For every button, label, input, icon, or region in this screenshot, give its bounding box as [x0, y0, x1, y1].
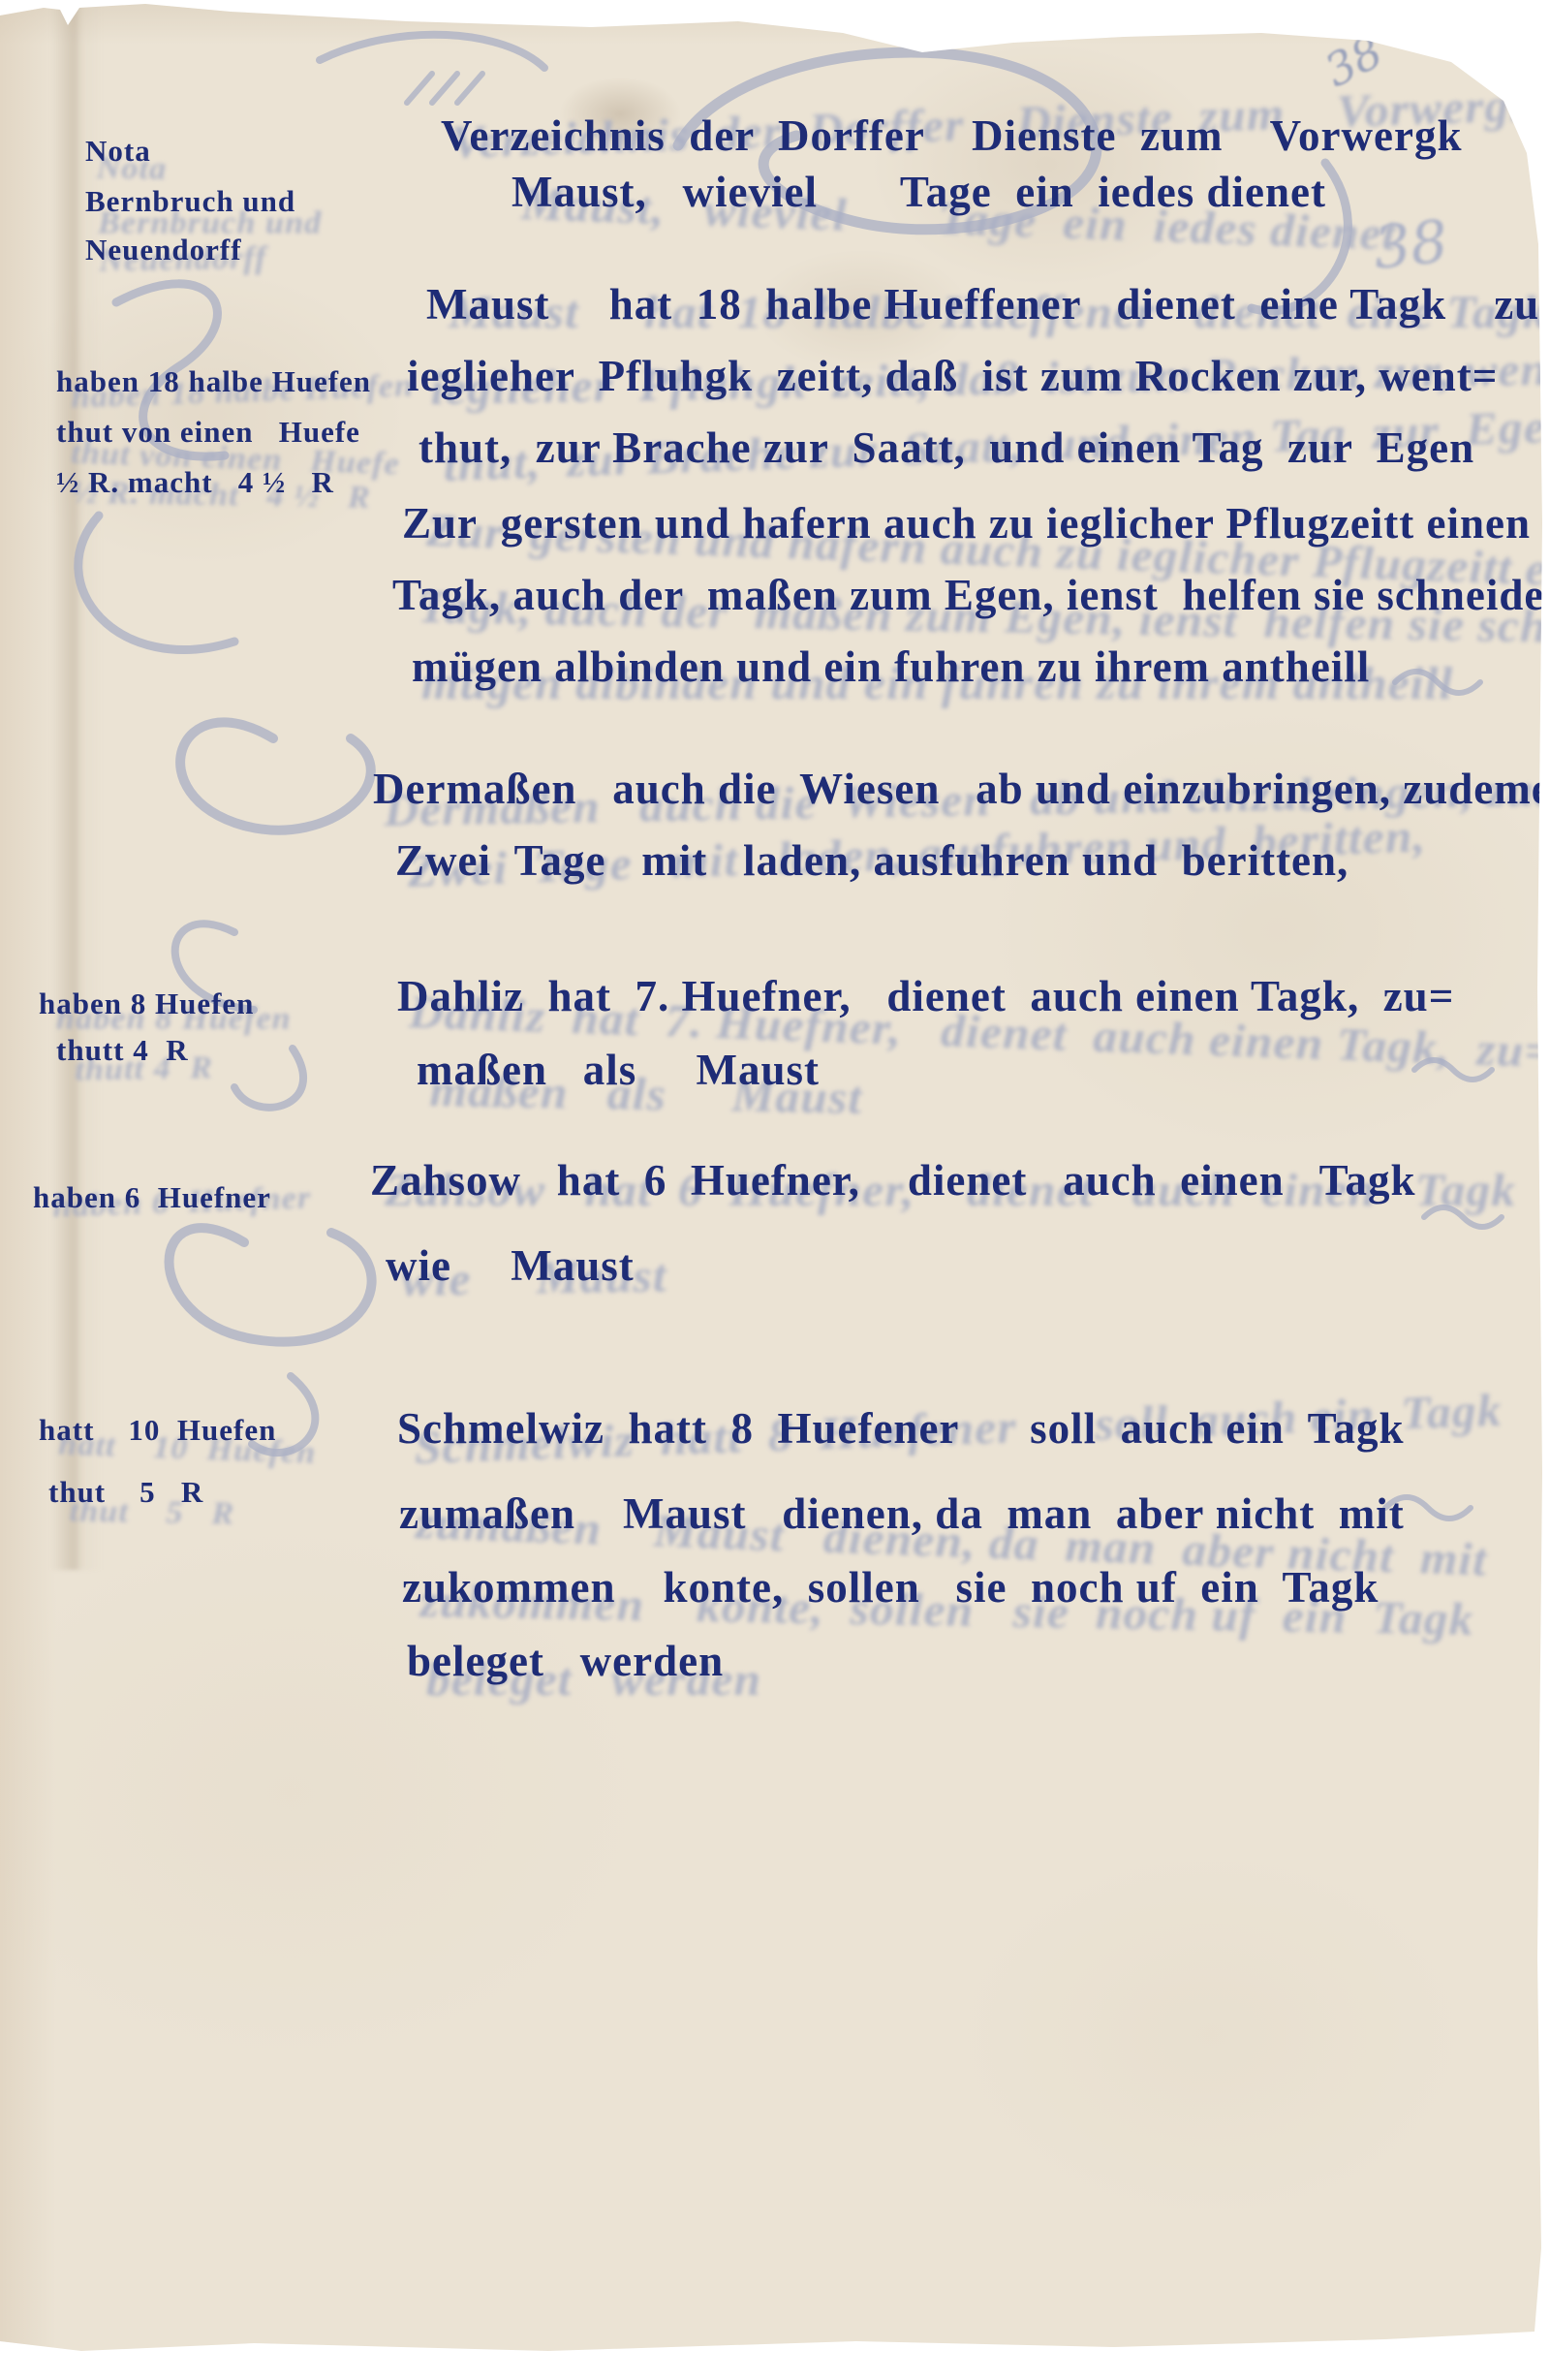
body-maust-line-4: Zur gersten und hafern auch zu ieglicher…: [402, 502, 1531, 546]
margin-note-zahsow-huefner: haben 6 Huefner: [33, 1182, 271, 1212]
body-schmelwiz-line-3: zukommen konte, sollen sie noch uf ein T…: [402, 1566, 1379, 1610]
margin-note-dahliz-thut: thutt 4 R: [56, 1035, 189, 1065]
body-maust-line-5: Tagk, auch der maßen zum Egen, ienst hel…: [392, 574, 1550, 617]
body-maust-line-2: ieglieher Pfluhgk zeitt, daß ist zum Roc…: [407, 355, 1498, 398]
body-dahliz-line-2: maßen als Maust: [417, 1049, 820, 1092]
body-maust-line-3: thut, zur Brache zur Saatt, und einen Ta…: [418, 426, 1474, 470]
body-dahliz-line-1: Dahliz hat 7. Huefner, dienet auch einen…: [397, 975, 1454, 1018]
body-maust-line-1: Maust hat 18 halbe Hueffener dienet eine…: [426, 283, 1539, 327]
manuscript-page: beleget werdenzukommen konte, sollen sie…: [0, 0, 1550, 2380]
margin-note-maust-thut: thut von einen Huefe: [56, 417, 360, 447]
title-line-2: Maust, wieviel Tage ein iedes dienet: [511, 171, 1326, 214]
margin-note-neuendorff: Neuendorff: [85, 235, 242, 265]
body-schmelwiz-line-1: Schmelwiz hatt 8 Huefener soll auch ein …: [397, 1407, 1404, 1451]
body-schmelwiz-line-2: zumaßen Maust dienen, da man aber nicht …: [399, 1492, 1405, 1536]
margin-note-schmelwiz-huefen: hatt 10 Huefen: [39, 1415, 276, 1445]
body-schmelwiz-line-4: beleget werden: [407, 1640, 724, 1683]
body-wiesen-line-1: Dermaßen auch die Wiesen ab und einzubri…: [373, 767, 1550, 811]
margin-note-bernbruch: Bernbruch und: [85, 186, 295, 216]
manuscript-scan: beleget werdenzukommen konte, sollen sie…: [0, 0, 1550, 2380]
body-maust-line-6: mügen albinden und ein fuhren zu ihrem a…: [412, 645, 1370, 689]
margin-note-maust-rechnung: ½ R. macht 4 ½ R: [56, 467, 334, 497]
folio-number-mid: 38: [1371, 207, 1451, 283]
body-zahsow-line-2: wie Maust: [386, 1244, 635, 1288]
margin-note-dahliz-huefen: haben 8 Huefen: [39, 988, 254, 1018]
margin-note-maust-huefen: haben 18 halbe Huefen: [56, 366, 371, 396]
body-wiesen-line-2: Zwei Tage mit laden, ausfuhren und berit…: [395, 839, 1348, 883]
margin-note-nota: Nota: [85, 136, 151, 166]
body-zahsow-line-1: Zahsow hat 6 Huefner, dienet auch einen …: [370, 1159, 1416, 1203]
margin-note-schmelwiz-thut: thut 5 R: [48, 1477, 203, 1507]
title-line-1: Verzeichnis der Dorffer Dienste zum Vorw…: [441, 114, 1463, 158]
